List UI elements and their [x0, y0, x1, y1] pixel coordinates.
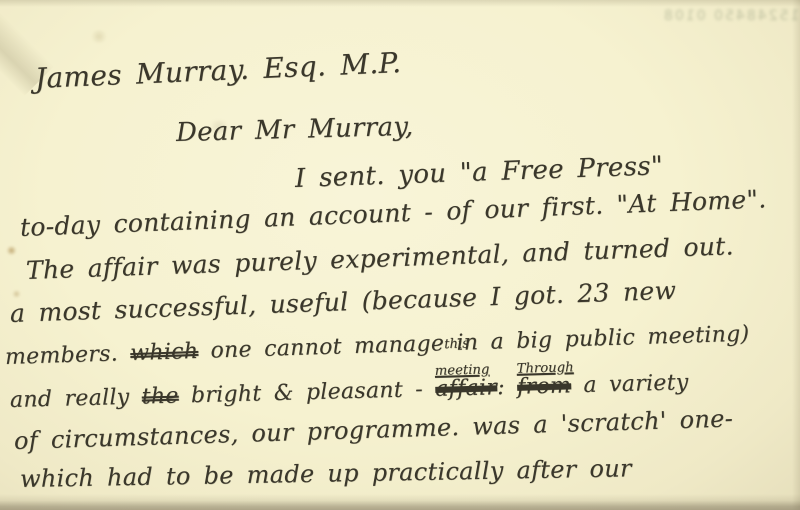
letter-document: 15248450 0108 James Murray. Esq. M.P. De… [0, 0, 800, 510]
letter-line-8: and really the bright & pleasant - meeti… [10, 370, 689, 413]
text-segment: : [497, 375, 518, 401]
paper-bottom-edge [0, 494, 800, 510]
text-segment: which had to be made up practically afte… [20, 454, 632, 493]
letter-line-3: I sent. you "a Free Press" [294, 151, 663, 194]
text-segment: bright & pleasant - [178, 377, 435, 409]
struck-word: the [141, 384, 179, 410]
text-segment: James Murray. Esq. M.P. [34, 46, 402, 95]
stain-spot [6, 246, 17, 255]
letter-line-7: members. which one cannot managethis in … [5, 322, 750, 370]
paper-top-edge [0, 0, 800, 7]
struck-word: which [130, 339, 199, 366]
struck-word: affair [435, 375, 498, 402]
inserted-word: this [444, 337, 469, 353]
text-segment: a most successful, useful (because I got… [9, 276, 676, 328]
letter-line-addressee: James Murray. Esq. M.P. [34, 46, 402, 95]
text-segment: in a big public meeting) [444, 322, 750, 357]
stain-spot [12, 290, 21, 298]
letter-line-10: which had to be made up practically afte… [20, 454, 632, 493]
struck-word: from [517, 373, 572, 399]
text-segment: Dear Mr Murray, [176, 112, 414, 148]
letter-line-6: a most successful, useful (because I got… [9, 276, 676, 328]
stain-spot [90, 30, 108, 43]
letter-line-salutation: Dear Mr Murray, [176, 112, 414, 148]
edit-pair: meetingaffair [435, 375, 498, 402]
inserted-word: meeting [435, 363, 490, 379]
inserted-word: Through [516, 361, 573, 377]
text-segment: of circumstances, our programme. was a '… [14, 404, 734, 455]
paper-right-edge [792, 0, 800, 510]
edit-pair: Throughfrom [517, 373, 572, 399]
letter-line-9: of circumstances, our programme. was a '… [14, 404, 734, 455]
text-segment: I sent. you "a Free Press" [294, 151, 663, 194]
text-segment: one cannot manage [198, 331, 445, 364]
text-segment: a variety [571, 370, 689, 398]
text-segment: members. [5, 341, 131, 370]
faint-accession-stamp: 15248450 0108 [662, 8, 799, 24]
text-segment: and really [10, 385, 142, 413]
